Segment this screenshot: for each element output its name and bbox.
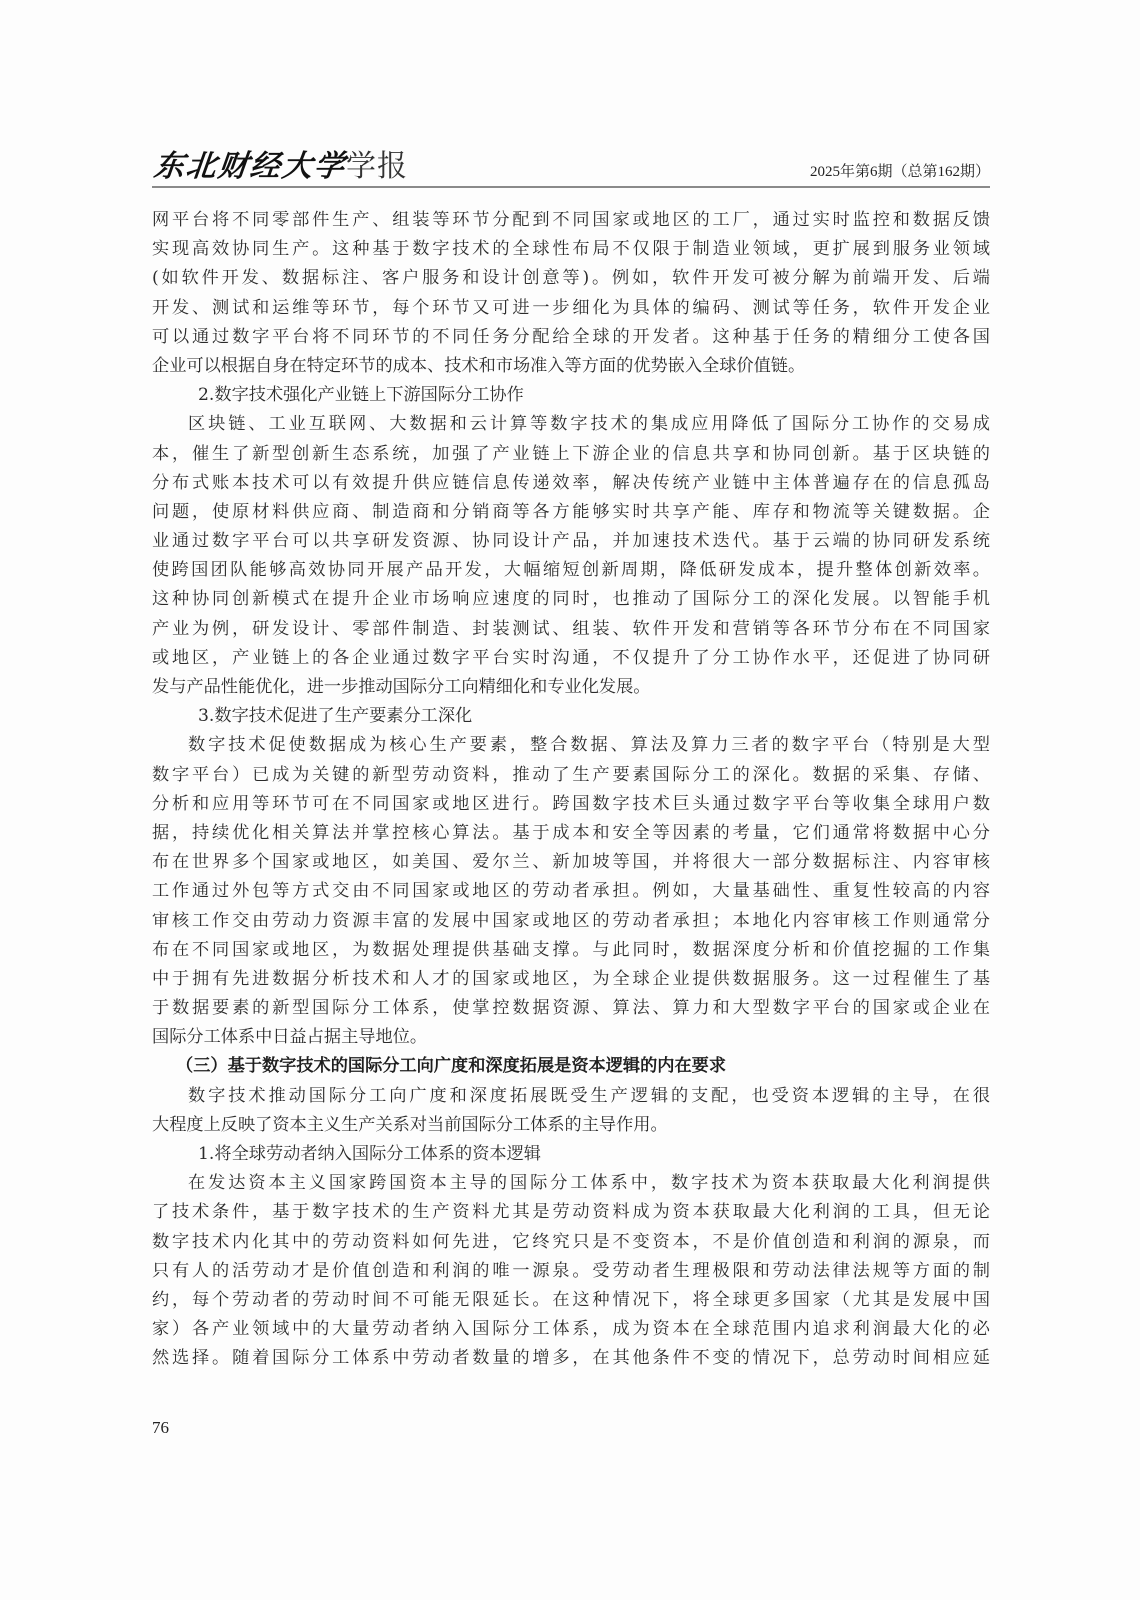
paragraph-line: 审核工作交由劳动力资源丰富的发展中国家或地区的劳动者承担；本地化内容审核工作则通… <box>152 907 990 936</box>
issue-info: 2025年第6期（总第162期） <box>810 162 990 182</box>
paragraph-line: 了技术条件，基于数字技术的生产资料尤其是劳动资料成为资本获取最大化利润的工具，但… <box>152 1198 990 1227</box>
paragraph-line: 分布式账本技术可以有效提升供应链信息传递效率，解决传统产业链中主体普遍存在的信息… <box>152 469 990 498</box>
paragraph-last-line: 企业可以根据自身在特定环节的成本、技术和市场准入等方面的优势嵌入全球价值链。 <box>152 352 990 381</box>
paragraph-first-line: 区块链、工业互联网、大数据和云计算等数字技术的集成应用降低了国际分工协作的交易成 <box>152 410 990 439</box>
paragraph-line: 数字技术内化其中的劳动资料如何先进，它终究只是不变资本，不是价值创造和利润的源泉… <box>152 1228 990 1257</box>
paragraph-line: 约，每个劳动者的劳动时间不可能无限延长。在这种情况下，将全球更多国家（尤其是发展… <box>152 1286 990 1315</box>
journal-title-plain: 学报 <box>346 149 408 184</box>
paragraph-line: 只有人的活劳动才是价值创造和利润的唯一源泉。受劳动者生理极限和劳动法律法规等方面… <box>152 1257 990 1286</box>
subsection-heading: 3.数字技术促进了生产要素分工深化 <box>152 702 990 731</box>
paragraph-line: 问题，使原材料供应商、制造商和分销商等各方能够实时共享产能、库存和物流等关键数据… <box>152 498 990 527</box>
paragraph-line: (如软件开发、数据标注、客户服务和设计创意等)。例如，软件开发可被分解为前端开发… <box>152 264 990 293</box>
paragraph-line: 开发、测试和运维等环节，每个环节又可进一步细化为具体的编码、测试等任务，软件开发… <box>152 294 990 323</box>
paragraph-first-line: 数字技术推动国际分工向广度和深度拓展既受生产逻辑的支配，也受资本逻辑的主导，在很 <box>152 1082 990 1111</box>
subsection-heading: 2.数字技术强化产业链上下游国际分工协作 <box>152 381 990 410</box>
paragraph-line: 业通过数字平台可以共享研发资源、协同设计产品，并加速技术迭代。基于云端的协同研发… <box>152 527 990 556</box>
paragraph-line: 产业为例，研发设计、零部件制造、封装测试、组装、软件开发和营销等各环节分布在不同… <box>152 615 990 644</box>
paragraph-first-line: 在发达资本主义国家跨国资本主导的国际分工体系中，数字技术为资本获取最大化利润提供 <box>152 1169 990 1198</box>
paragraph-line: 可以通过数字平台将不同环节的不同任务分配给全球的开发者。这种基于任务的精细分工使… <box>152 323 990 352</box>
paragraph-line: 于数据要素的新型国际分工体系，使掌控数据资源、算法、算力和大型数字平台的国家或企… <box>152 994 990 1023</box>
journal-page: 东北财经大学学报 2025年第6期（总第162期） 网平台将不同零部件生产、组装… <box>0 0 1140 1600</box>
paragraph-line: 据，持续优化相关算法并掌控核心算法。基于成本和安全等因素的考量，它们通常将数据中… <box>152 819 990 848</box>
subsection-heading: 1.将全球劳动者纳入国际分工体系的资本逻辑 <box>152 1140 990 1169</box>
paragraph-line: 这种协同创新模式在提升企业市场响应速度的同时，也推动了国际分工的深化发展。以智能… <box>152 585 990 614</box>
paragraph-line: 本，催生了新型创新生态系统，加强了产业链上下游企业的信息共享和协同创新。基于区块… <box>152 440 990 469</box>
paragraph-line: 数字平台）已成为关键的新型劳动资料，推动了生产要素国际分工的深化。数据的采集、存… <box>152 761 990 790</box>
paragraph-last-line: 发与产品性能优化，进一步推动国际分工向精细化和专业化发展。 <box>152 673 990 702</box>
paragraph-last-line: 大程度上反映了资本主义生产关系对当前国际分工体系的主导作用。 <box>152 1111 990 1140</box>
paragraph-first-line: 数字技术促使数据成为核心生产要素，整合数据、算法及算力三者的数字平台（特别是大型 <box>152 731 990 760</box>
paragraph-line: 家）各产业领域中的大量劳动者纳入国际分工体系，成为资本在全球范围内追求利润最大化… <box>152 1315 990 1344</box>
paragraph-line: 布在不同国家或地区，为数据处理提供基础支撑。与此同时，数据深度分析和价值挖掘的工… <box>152 936 990 965</box>
paragraph-line: 布在世界多个国家或地区，如美国、爱尔兰、新加坡等国，并将很大一部分数据标注、内容… <box>152 848 990 877</box>
article-body: 网平台将不同零部件生产、组装等环节分配到不同国家或地区的工厂，通过实时监控和数据… <box>152 206 990 1374</box>
paragraph-line: 分析和应用等环节可在不同国家或地区进行。跨国数字技术巨头通过数字平台等收集全球用… <box>152 790 990 819</box>
journal-title: 东北财经大学学报 <box>154 150 408 184</box>
journal-title-calligraphy: 东北财经大学 <box>152 150 348 184</box>
paragraph-line: 实现高效协同生产。这种基于数字技术的全球性布局不仅限于制造业领域，更扩展到服务业… <box>152 235 990 264</box>
page-number: 76 <box>152 1418 169 1438</box>
paragraph-line: 或地区，产业链上的各企业通过数字平台实时沟通，不仅提升了分工协作水平，还促进了协… <box>152 644 990 673</box>
paragraph-last-line: 国际分工体系中日益占据主导地位。 <box>152 1023 990 1052</box>
paragraph-line: 然选择。随着国际分工体系中劳动者数量的增多，在其他条件不变的情况下，总劳动时间相… <box>152 1344 990 1373</box>
section-heading: （三）基于数字技术的国际分工向广度和深度拓展是资本逻辑的内在要求 <box>152 1052 990 1081</box>
paragraph-line: 网平台将不同零部件生产、组装等环节分配到不同国家或地区的工厂，通过实时监控和数据… <box>152 206 990 235</box>
paragraph-line: 中于拥有先进数据分析技术和人才的国家或地区，为全球企业提供数据服务。这一过程催生… <box>152 965 990 994</box>
paragraph-line: 工作通过外包等方式交由不同国家或地区的劳动者承担。例如，大量基础性、重复性较高的… <box>152 877 990 906</box>
paragraph-line: 使跨国团队能够高效协同开展产品开发，大幅缩短创新周期，降低研发成本，提升整体创新… <box>152 556 990 585</box>
running-header: 东北财经大学学报 2025年第6期（总第162期） <box>152 150 990 188</box>
